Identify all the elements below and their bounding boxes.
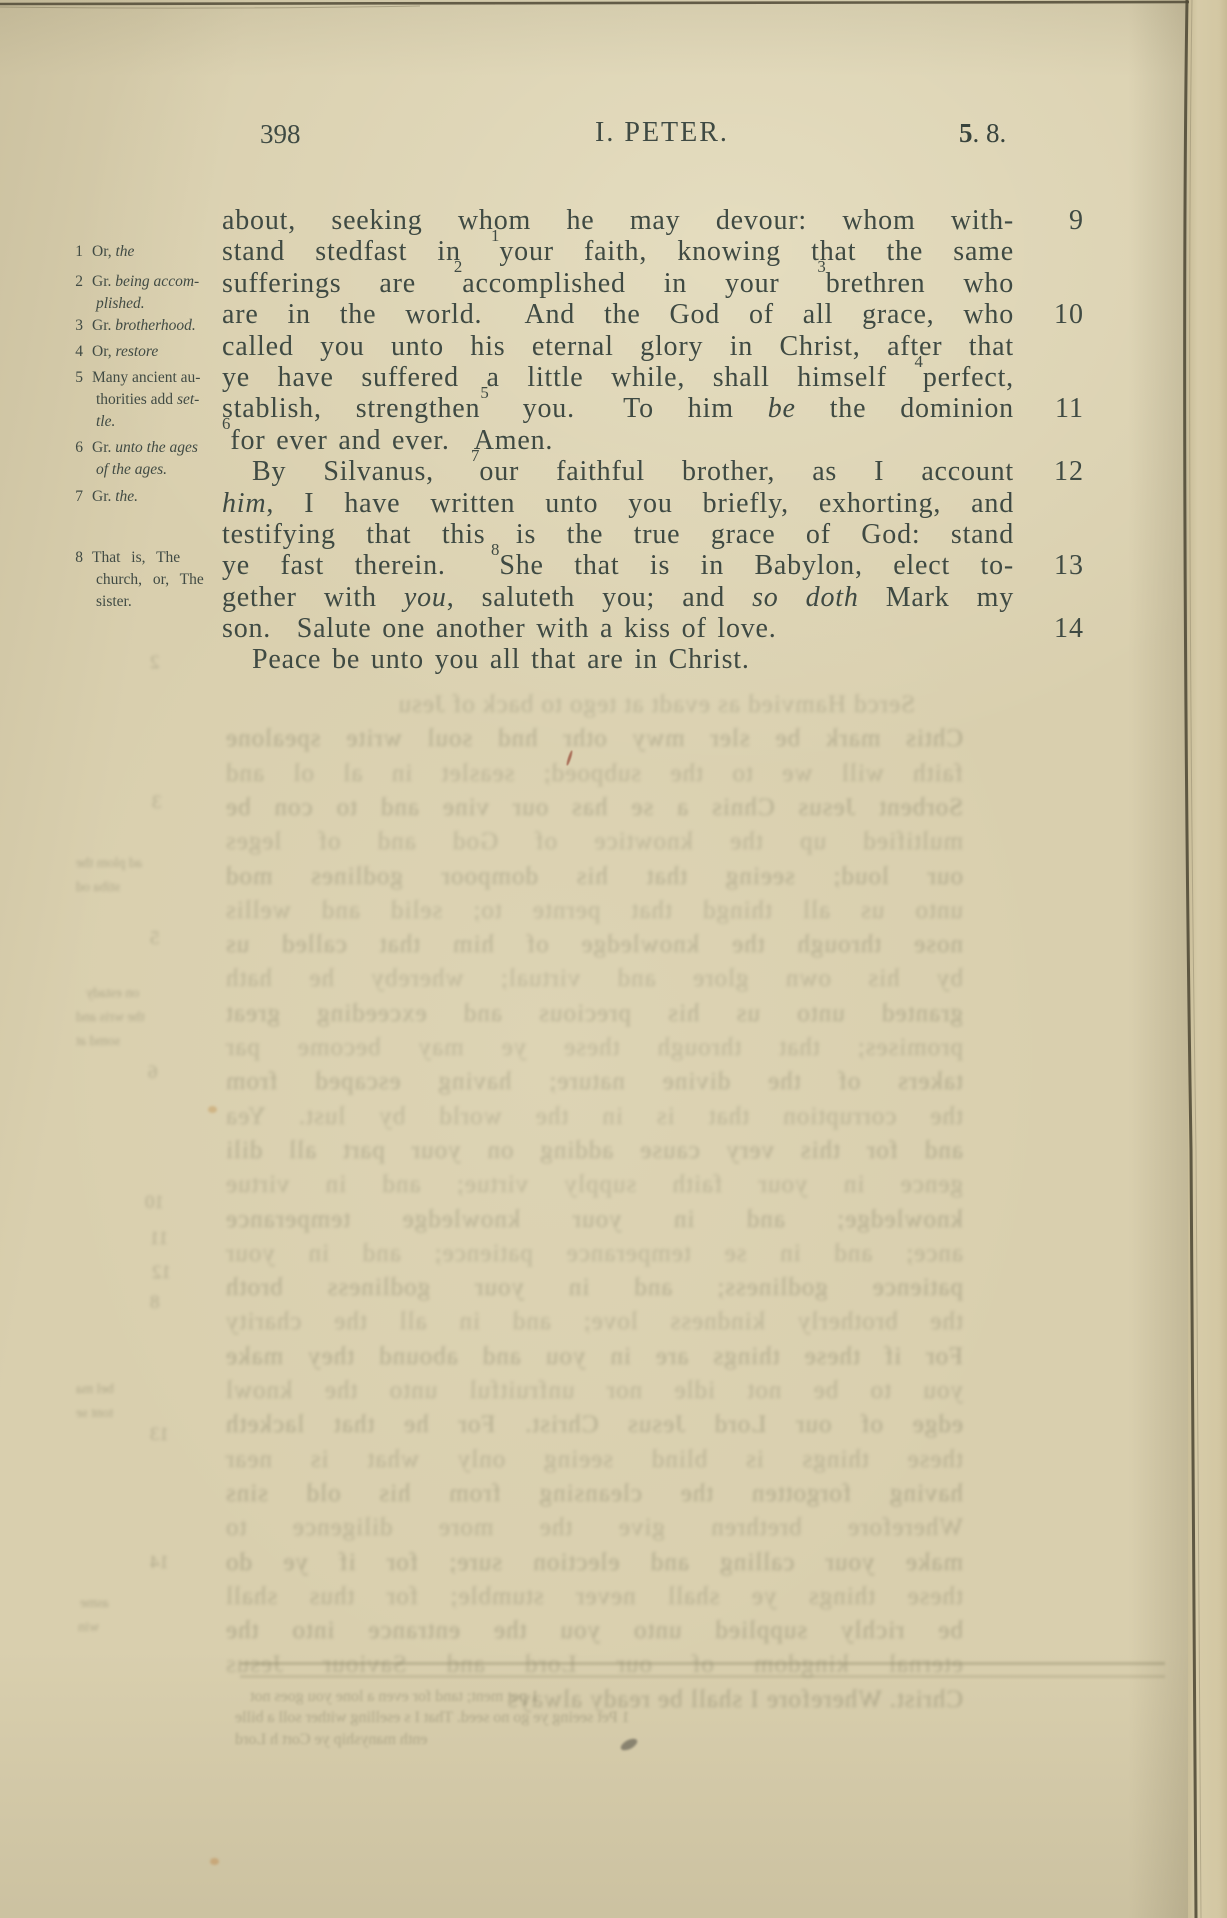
scanned-book-page: Sercd Hamvied as evadt at tego to back o…: [0, 0, 1227, 1918]
page-edge-lines: [0, 0, 1227, 1918]
right-page-edge-line: [1185, 0, 1197, 1918]
top-edge-echo: [0, 6, 420, 8]
top-page-edge-line: [0, 2, 1189, 5]
